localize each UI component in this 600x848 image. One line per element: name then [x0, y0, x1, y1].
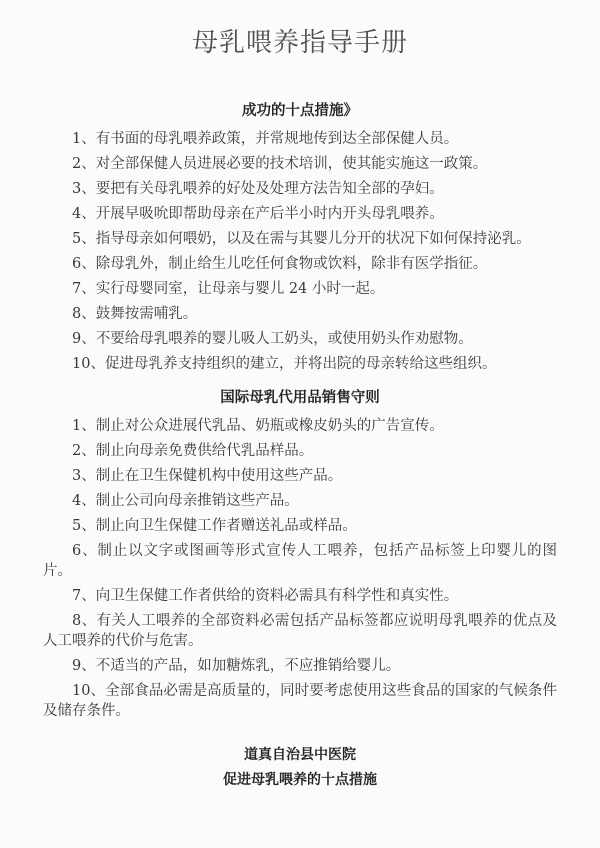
list-item: 7、向卫生保健工作者供给的资料必需具有科学性和真实性。	[43, 586, 557, 606]
list-item: 3、要把有关母乳喂养的好处及处理方法告知全部的孕妇。	[43, 179, 557, 199]
list-item: 3、制止在卫生保健机构中使用这些产品。	[43, 466, 557, 486]
list-item: 9、不适当的产品，如加糖炼乳，不应推销给婴儿。	[43, 656, 557, 676]
footer-subtitle: 促进母乳喂养的十点措施	[43, 772, 557, 789]
list-item: 9、不要给母乳喂养的婴儿吸人工奶头，或使用奶头作劝慰物。	[43, 329, 557, 349]
hospital-name: 道真自治县中医院	[43, 747, 557, 764]
list-item: 8、有关人工喂养的全部资料必需包括产品标签都应说明母乳喂养的优点及人工喂养的代价…	[43, 611, 557, 651]
section-marketing-code: 国际母乳代用品销售守则 1、制止对公众进展代乳品、奶瓶或橡皮奶头的广告宣传。 2…	[43, 390, 557, 721]
list-item: 7、实行母婴同室，让母亲与婴儿 24 小时一起。	[43, 279, 557, 299]
section-ten-steps: 成功的十点措施》 1、有书面的母乳喂养政策，并常规地传到达全部保健人员。 2、对…	[43, 103, 557, 374]
list-item: 6、制止以文字或图画等形式宣传人工喂养，包括产品标签上印婴儿的图片。	[43, 541, 557, 581]
list-item: 2、对全部保健人员进展必要的技术培训，使其能实施这一政策。	[43, 154, 557, 174]
list-item: 8、鼓舞按需哺乳。	[43, 304, 557, 324]
list-item: 5、制止向卫生保健工作者赠送礼品或样品。	[43, 516, 557, 536]
list-item: 4、制止公司向母亲推销这些产品。	[43, 491, 557, 511]
list-item: 5、指导母亲如何喂奶，以及在需与其婴儿分开的状况下如何保持泌乳。	[43, 229, 557, 249]
document-page: 母乳喂养指导手册 成功的十点措施》 1、有书面的母乳喂养政策，并常规地传到达全部…	[0, 0, 600, 848]
document-title: 母乳喂养指导手册	[43, 27, 557, 59]
list-item: 4、开展早吸吮即帮助母亲在产后半小时内开头母乳喂养。	[43, 204, 557, 224]
list-item: 10、促进母乳养支持组织的建立，并将出院的母亲转给这些组织。	[43, 354, 557, 374]
list-item: 6、除母乳外，制止给生儿吃任何食物或饮料，除非有医学指征。	[43, 254, 557, 274]
list-item: 1、制止对公众进展代乳品、奶瓶或橡皮奶头的广告宣传。	[43, 416, 557, 436]
document-footer: 道真自治县中医院 促进母乳喂养的十点措施	[43, 747, 557, 789]
section-heading-marketing-code: 国际母乳代用品销售守则	[43, 390, 557, 407]
list-item: 10、全部食品必需是高质量的，同时要考虑使用这些食品的国家的气候条件及储存条件。	[43, 681, 557, 721]
list-item: 1、有书面的母乳喂养政策，并常规地传到达全部保健人员。	[43, 129, 557, 149]
list-item: 2、制止向母亲免费供给代乳品样品。	[43, 441, 557, 461]
section-heading-ten-steps: 成功的十点措施》	[43, 103, 557, 120]
